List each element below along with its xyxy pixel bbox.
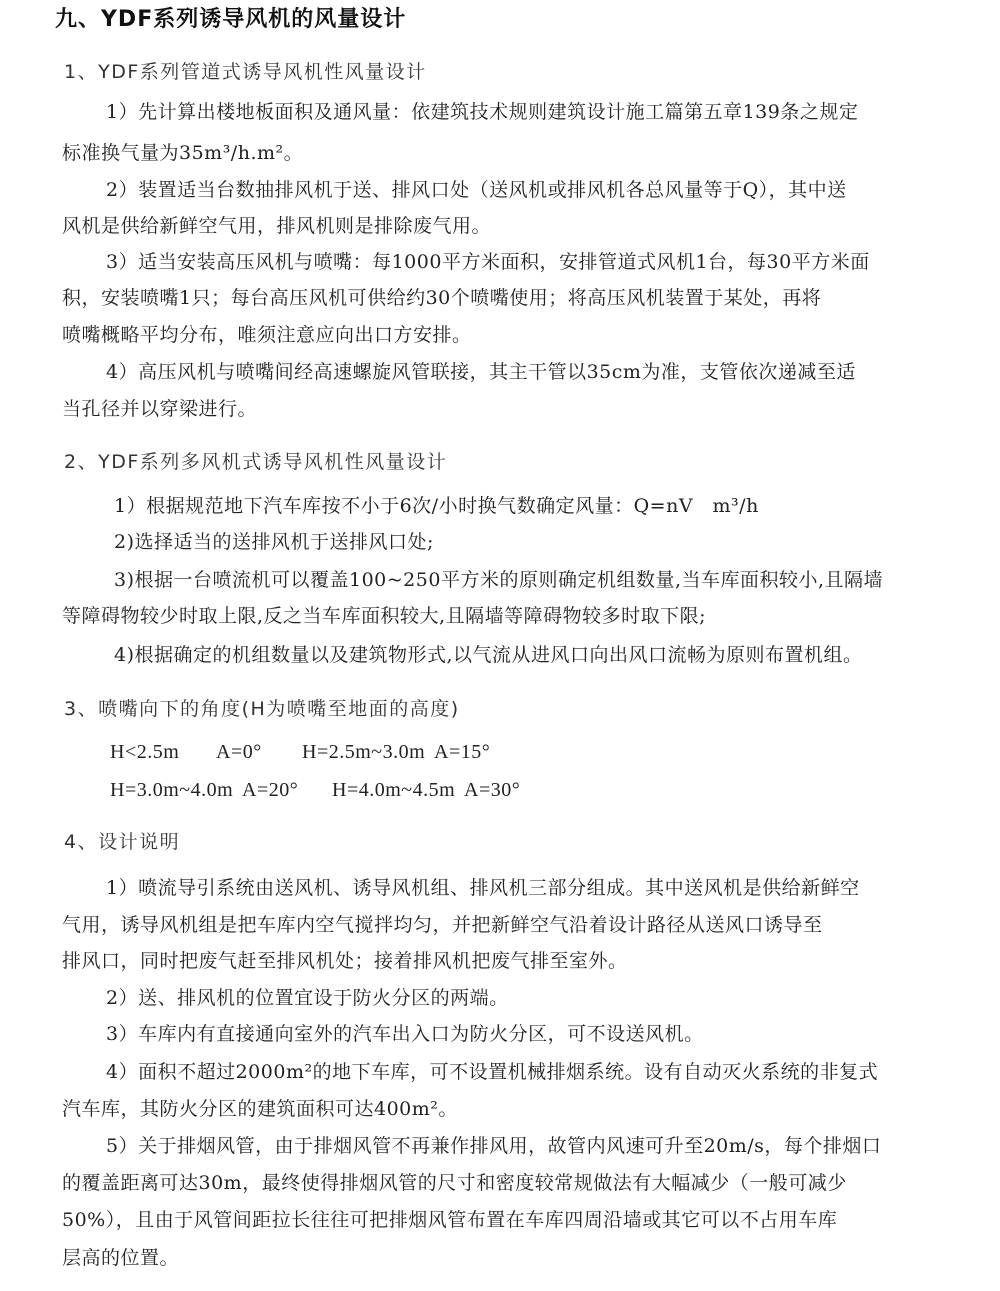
section-4-line-4: 2）送、排风机的位置宜设于防火分区的两端。 xyxy=(106,986,509,1010)
section-4-line-10: 50%），且由于风管间距拉长往往可把排烟风管布置在车库四周沿墙或其它可以不占用车… xyxy=(62,1208,837,1232)
angle-row-2-angle: A=15° xyxy=(434,740,490,764)
section-1-line-3: 2）装置适当台数抽排风机于送、排风口处（送风机或排风机各总风量等于Q），其中送 xyxy=(106,178,847,202)
section-4-line-5: 3）车库内有直接通向室外的汽车出入口为防火分区，可不设送风机。 xyxy=(106,1022,704,1046)
section-1-line-9: 当孔径并以穿梁进行。 xyxy=(62,397,257,421)
section-1-line-6: 积，安装喷嘴1只；每台高压风机可供给约30个喷嘴使用；将高压风机装置于某处，再将 xyxy=(62,286,821,310)
section-4-line-11: 层高的位置。 xyxy=(62,1246,179,1270)
angle-row-4-height: H=4.0m~4.5m xyxy=(332,778,455,802)
section-1-line-7: 喷嘴概略平均分布，唯须注意应向出口方安排。 xyxy=(62,323,472,347)
angle-row-2-height: H=2.5m~3.0m xyxy=(302,740,425,764)
angle-row-3-height: H=3.0m~4.0m xyxy=(110,778,233,802)
section-1-line-8: 4）高压风机与喷嘴间经高速螺旋风管联接，其主干管以35cm为准，支管依次递减至适 xyxy=(106,360,856,384)
section-2-line-2: 2)选择适当的送排风机于送排风口处; xyxy=(114,530,434,554)
section-2-heading: 2、YDF系列多风机式诱导风机性风量设计 xyxy=(64,450,447,474)
section-4-line-8: 5）关于排烟风管，由于排烟风管不再兼作排风用，故管内风速可升至20m/s，每个排… xyxy=(106,1134,881,1158)
section-4-line-3: 排风口，同时把废气赶至排风机处；接着排风机把废气排至室外。 xyxy=(62,949,628,973)
section-2-line-1: 1）根据规范地下汽车库按不小于6次/小时换气数确定风量：Q=nV m³/h xyxy=(114,494,759,518)
section-2-line-5: 4)根据确定的机组数量以及建筑物形式,以气流从进风口向出风口流畅为原则布置机组。 xyxy=(114,643,863,667)
section-1-heading: 1、YDF系列管道式诱导风机性风量设计 xyxy=(64,60,427,84)
section-1-line-4: 风机是供给新鲜空气用，排风机则是排除废气用。 xyxy=(62,214,491,238)
section-2-line-3: 3)根据一台喷流机可以覆盖100~250平方米的原则确定机组数量,当车库面积较小… xyxy=(114,568,883,592)
section-4-line-2: 气用，诱导风机组是把车库内空气搅拌均匀，并把新鲜空气沿着设计路径从送风口诱导至 xyxy=(62,913,823,937)
angle-row-1-height: H<2.5m xyxy=(110,740,179,764)
section-4-line-6: 4）面积不超过2000m²的地下车库，可不设置机械排烟系统。设有自动灭火系统的非… xyxy=(106,1060,878,1084)
document-title: 九、YDF系列诱导风机的风量设计 xyxy=(55,8,406,32)
section-1-line-5: 3）适当安装高压风机与喷嘴：每1000平方米面积，安排管道式风机1台，每30平方… xyxy=(106,250,870,274)
angle-row-4-angle: A=30° xyxy=(464,778,520,802)
section-2-line-4: 等障碍物较少时取上限,反之当车库面积较大,且隔墙等障碍物较多时取下限; xyxy=(62,604,706,628)
section-1-line-1: 1）先计算出楼地板面积及通风量：依建筑技术规则建筑设计施工篇第五章139条之规定 xyxy=(106,100,858,124)
angle-row-3-angle: A=20° xyxy=(242,778,298,802)
section-4-line-9: 的覆盖距离可达30m，最终使得排烟风管的尺寸和密度较常规做法有大幅减少（一般可减… xyxy=(62,1171,847,1195)
section-4-line-7: 汽车库，其防火分区的建筑面积可达400m²。 xyxy=(62,1097,458,1121)
section-1-line-2: 标准换气量为35m³/h.m²。 xyxy=(62,141,303,165)
angle-row-1-angle: A=0° xyxy=(216,740,262,764)
section-3-heading: 3、喷嘴向下的角度(H为喷嘴至地面的高度) xyxy=(64,697,460,721)
section-4-heading: 4、设计说明 xyxy=(64,830,180,854)
section-4-line-1: 1）喷流导引系统由送风机、诱导风机组、排风机三部分组成。其中送风机是供给新鲜空 xyxy=(106,876,860,900)
